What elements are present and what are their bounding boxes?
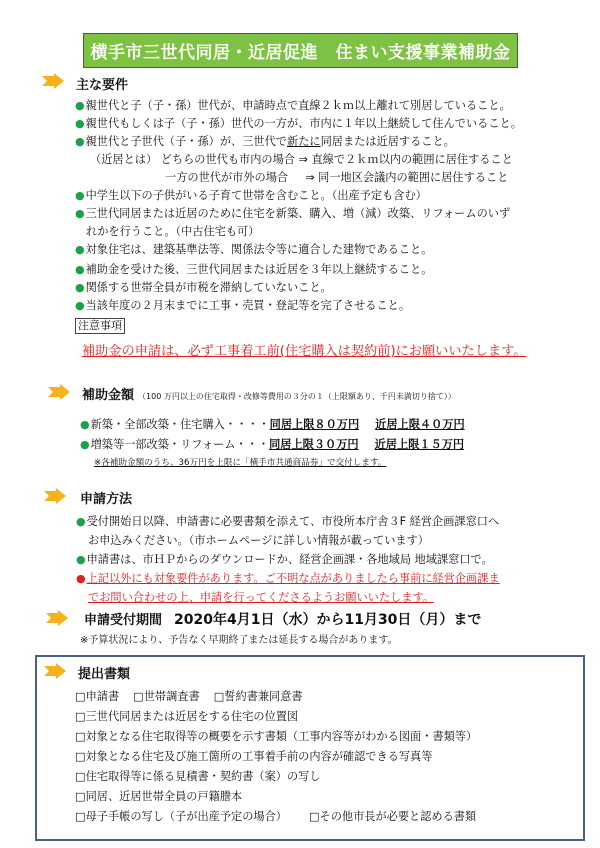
bullet-icon: ● — [75, 281, 85, 294]
amount-note: ※各補助金額のうち、36万円を上限に「横手市共通商品券」で交付します。 — [94, 456, 386, 468]
arrow-icon — [46, 610, 68, 626]
period-note: ※予算状況により、予告なく早期終了または延長する場合があります。 — [80, 631, 398, 646]
checkbox-icon: □ — [75, 710, 86, 723]
bullet-icon: ● — [75, 189, 85, 202]
bullet-icon: ● — [80, 418, 90, 431]
document-row: □申請書□世帯調査書□誓約書兼同意書 — [75, 688, 303, 704]
requirement-item: ●親世代もしくは子（子・孫）世代の一方が、市内に１年以上継続して住んでいること。 — [75, 116, 522, 132]
bullet-icon: ● — [76, 515, 86, 528]
amount-subheading: （100 万円以上の住宅取得・改修等費用の３分の１（上限額あり、千円未満切り捨て… — [138, 392, 456, 401]
requirement-item: ●親世代と子世代（子・孫）が、三世代で新たに同居または近居すること。 — [75, 134, 455, 150]
requirement-item: ●補助金を受けた後、三世代同居または近居を３年以上継続すること。 — [75, 262, 432, 278]
bullet-icon: ● — [75, 263, 85, 276]
checkbox-icon: □ — [133, 690, 144, 703]
bullet-icon: ● — [75, 117, 85, 130]
checkbox-icon: □ — [75, 750, 86, 763]
requirement-item: ●当該年度の２月末までに工事・売買・登記等を完了させること。 — [75, 298, 410, 314]
checkbox-icon: □ — [309, 810, 320, 823]
amount-row: ●新築・全部改築・住宅購入・・・・同居上限８０万円近居上限４０万円 — [80, 416, 465, 432]
bullet-icon: ● — [76, 553, 86, 566]
bullet-icon: ● — [75, 243, 85, 256]
notice-label: 注意事項 — [75, 318, 125, 334]
arrow-icon — [48, 384, 70, 400]
period-heading: 申請受付期間2020年4月1日（水）から11月30日（月）まで — [84, 609, 481, 629]
bullet-icon: ● — [75, 207, 85, 220]
method-item: ●申請書は、市ＨＰからのダウンロードか、経営企画課・各地域局 地域課窓口で。 — [76, 552, 493, 568]
period-dates: 2020年4月1日（水）から11月30日（月）まで — [174, 612, 481, 628]
requirement-item: ●三世代同居または近居のために住宅を新築、購入、増（減）改築、リフォームのいず — [75, 206, 510, 222]
checkbox-icon: □ — [214, 690, 225, 703]
implies-arrow: ⇒ — [299, 153, 308, 166]
checkbox-icon: □ — [75, 790, 86, 803]
kinkyo-definition-row2: 一方の世代が市外の場合 ⇒ 同一地区会議内の範囲に居住すること — [165, 170, 508, 186]
kinkyo-definition-row1: （近居とは） どちらの世代も市内の場合 ⇒ 直線で２ｋｍ以内の範囲に居住すること — [90, 152, 513, 168]
page-title: 横手市三世代同居・近居促進 住まい支援事業補助金 — [83, 33, 518, 68]
method-item: ●受付開始日以降、申請書に必要書類を添えて、市役所本庁舎３F 経営企画課窓口へ — [76, 514, 499, 530]
kinkyo-limit: 近居上限１５万円 — [375, 438, 465, 451]
checkbox-icon: □ — [75, 770, 86, 783]
document-row: □三世代同居または近居をする住宅の位置図 — [75, 708, 298, 724]
document-row: □対象となる住宅及び施工箇所の工事着手前の内容が確認できる写真等 — [75, 748, 432, 764]
bullet-icon: ● — [75, 99, 85, 112]
implies-arrow: ⇒ — [305, 171, 314, 184]
section-heading-documents: 提出書類 — [78, 663, 130, 682]
requirement-item: ●中学生以下の子供がいる子育て世帯を含むこと。（出産予定も含む） — [75, 188, 427, 204]
section-heading-method: 申請方法 — [80, 488, 132, 507]
method-alert-continuation: でお問い合わせの上、申請を行ってくださるようお願いいたします。 — [88, 590, 434, 606]
requirement-item: ●親世代と子（子・孫）世代が、申請時点で直線２ｋｍ以上離れて別居していること。 — [75, 98, 511, 114]
dokyo-limit: 同居上限８０万円 — [270, 418, 360, 431]
method-alert: ●上記以外にも対象要件があります。ご不明な点がありましたら事前に経営企画課ま — [76, 571, 500, 587]
checkbox-icon: □ — [75, 810, 86, 823]
arrow-icon — [42, 73, 64, 89]
checkbox-icon: □ — [75, 690, 86, 703]
dokyo-limit: 同居上限３０万円 — [269, 438, 359, 451]
arrow-icon — [44, 488, 66, 504]
method-item-continuation: お申込みください。（市ホームページに詳しい情報が載っています） — [88, 533, 429, 549]
notice-text: 補助金の申請は、必ず工事着工前(住宅購入は契約前)にお願いいたします。 — [82, 340, 526, 359]
section-heading-amount: 補助金額（100 万円以上の住宅取得・改修等費用の３分の１（上限額あり、千円未満… — [82, 384, 456, 403]
requirement-item: ●関係する世帯全員が市税を滞納していないこと。 — [75, 280, 332, 296]
red-bullet-icon: ● — [76, 572, 86, 585]
document-row: □母子手帳の写し（子が出産予定の場合）□その他市長が必要と認める書類 — [75, 808, 476, 824]
document-row: □同居、近居世帯全員の戸籍謄本 — [75, 788, 242, 804]
section-heading-requirements: 主な要件 — [76, 74, 128, 93]
document-row: □住宅取得等に係る見積書・契約書（案）の写し — [75, 768, 321, 784]
requirement-item-continuation: れかを行うこと。（中古住宅も可） — [86, 224, 259, 240]
amount-row: ●増築等一部改築・リフォーム・・・同居上限３０万円近居上限１５万円 — [80, 436, 464, 452]
arrow-icon — [44, 663, 66, 679]
requirement-item: ●対象住宅は、建築基準法等、関係法令等に適合した建物であること。 — [75, 242, 432, 258]
kinkyo-limit: 近居上限４０万円 — [375, 418, 465, 431]
bullet-icon: ● — [75, 299, 85, 312]
checkbox-icon: □ — [75, 730, 86, 743]
bullet-icon: ● — [80, 438, 90, 451]
bullet-icon: ● — [75, 135, 85, 148]
document-row: □対象となる住宅取得等の概要を示す書類（工事内容等がわかる図面・書類等） — [75, 728, 477, 744]
